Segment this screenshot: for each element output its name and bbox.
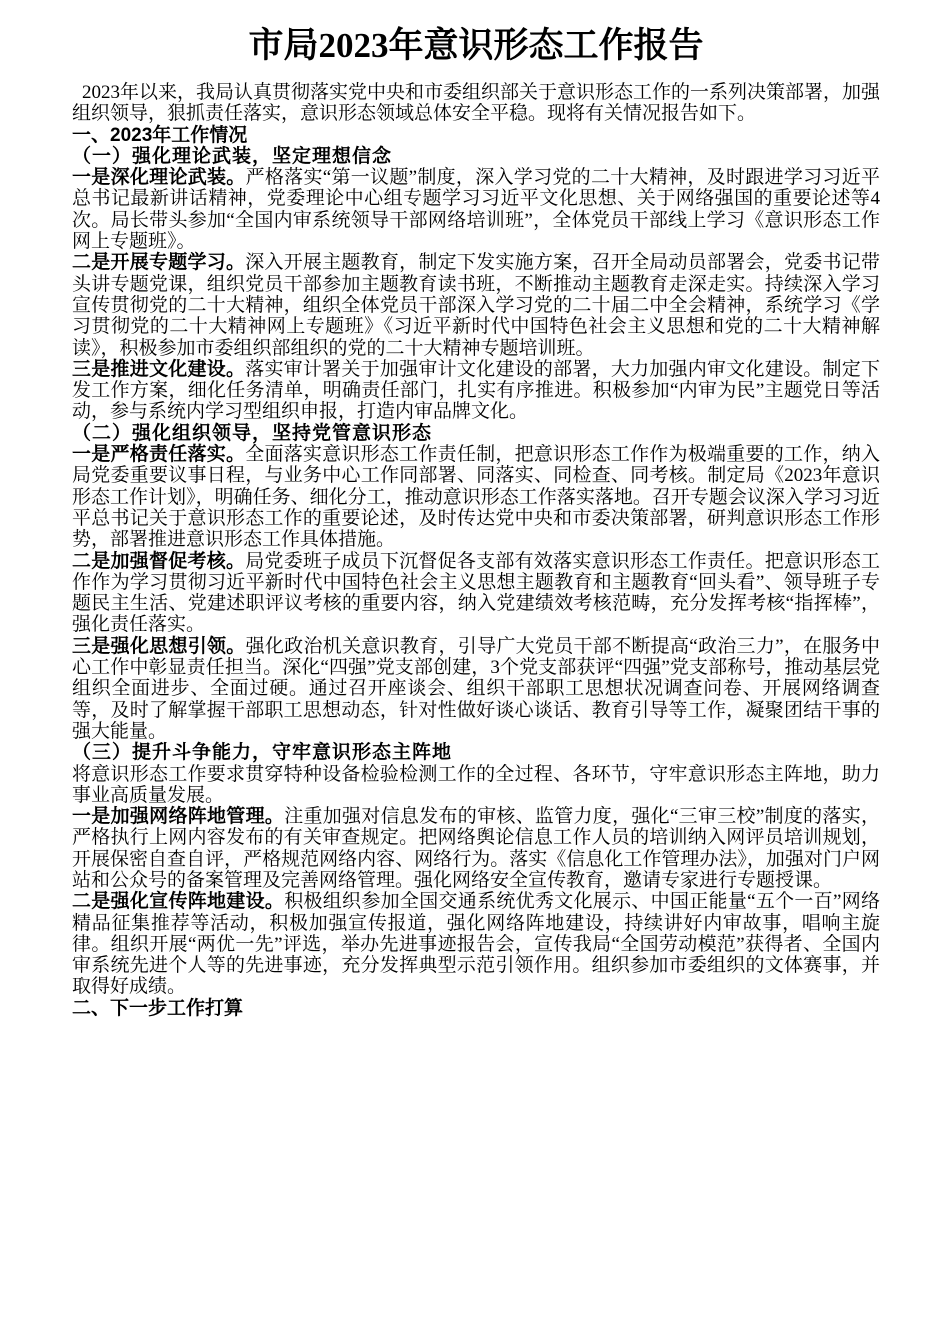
para-culture-building: 三是推进文化建设。落实审计署关于加强审计文化建设的部署，大力加强内审文化建设。制… [72,359,880,423]
heading-next-step-plan: 二、下一步工作打算 [72,998,880,1019]
heading-strengthen-theory: （一）强化理论武装，坚定理想信念 [72,146,880,167]
document-page: 市局2023年意识形态工作报告 2023年以来，我局认真贯彻落实党中央和市委组织… [0,0,950,1344]
para-special-study-lead: 二是开展专题学习。 [72,252,245,273]
para-special-study: 二是开展专题学习。深入开展主题教育，制定下发实施方案，召开全局动员部署会，党委书… [72,252,880,358]
para-publicity-position-building-lead: 二是强化宣传阵地建设。 [72,891,284,912]
para-supervision-assessment: 二是加强督促考核。局党委班子成员下沉督促各支部有效落实意识形态工作责任。把意识形… [72,551,880,636]
para-network-position-management-lead: 一是加强网络阵地管理。 [72,806,284,827]
heading-2023-work-overview: 一、2023年工作情况 [72,125,880,146]
para-culture-building-lead: 三是推进文化建设。 [72,359,245,380]
para-deepen-theory: 一是深化理论武装。严格落实“第一议题”制度，深入学习党的二十大精神，及时跟进学习… [72,167,880,252]
para-publicity-position-building: 二是强化宣传阵地建设。积极组织参加全国交通系统优秀文化展示、中国正能量“五个一百… [72,891,880,997]
para-main-position: 将意识形态工作要求贯穿特种设备检验检测工作的全过程、各环节，守牢意识形态主阵地，… [72,764,880,807]
para-ideological-guidance-lead: 三是强化思想引领。 [72,636,246,657]
para-network-position-management: 一是加强网络阵地管理。注重加强对信息发布的审核、监管力度，强化“三审三校”制度的… [72,806,880,891]
para-supervision-assessment-lead: 二是加强督促考核。 [72,551,245,572]
heading-org-leadership: （二）强化组织领导，坚持党管意识形态 [72,423,880,444]
para-strict-responsibility: 一是严格责任落实。全面落实意识形态工作责任制，把意识形态工作作为极端重要的工作，… [72,444,880,550]
para-ideological-guidance: 三是强化思想引领。强化政治机关意识教育，引导广大党员干部不断提高“政治三力”，在… [72,636,880,742]
para-deepen-theory-lead: 一是深化理论武装。 [72,167,246,188]
document-title: 市局2023年意识形态工作报告 [72,24,880,68]
heading-struggle-ability: （三）提升斗争能力，守牢意识形态主阵地 [72,742,880,763]
para-strict-responsibility-lead: 一是严格责任落实。 [72,444,245,465]
intro-paragraph: 2023年以来，我局认真贯彻落实党中央和市委组织部关于意识形态工作的一系列决策部… [72,82,880,125]
